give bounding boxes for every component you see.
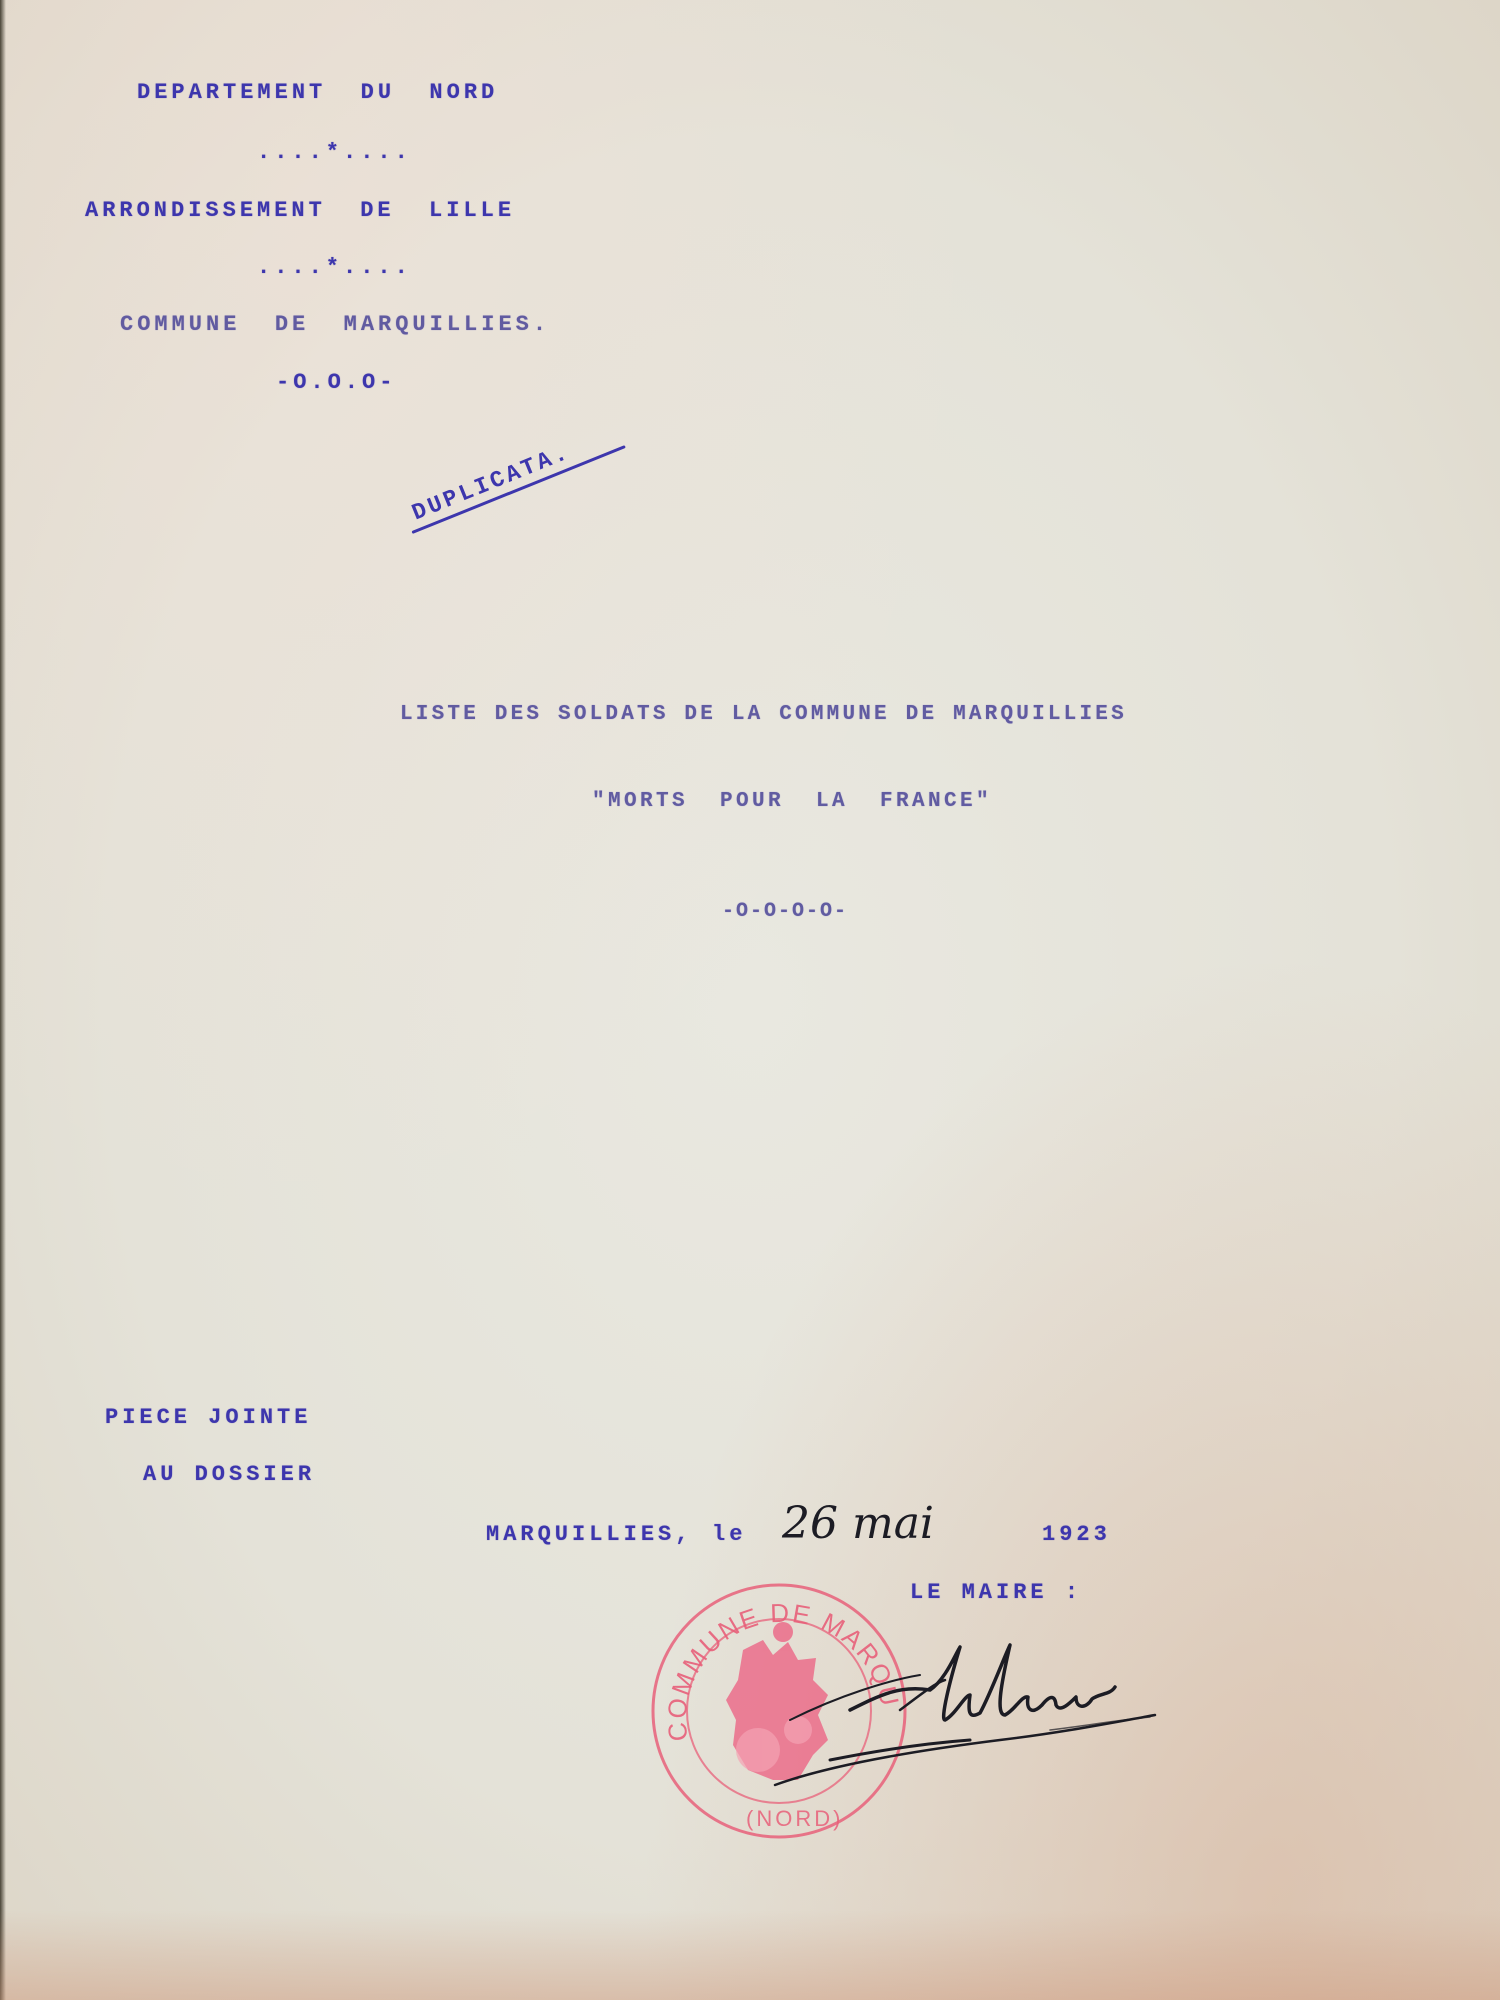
title-separator: -O-O-O-O-	[722, 900, 848, 923]
duplicata-stamp: DUPLICATA.	[408, 419, 625, 531]
dateline-place: MARQUILLIES,	[486, 1522, 692, 1547]
header-separator-2: ....*....	[257, 255, 412, 280]
handwritten-date: 26 mai	[782, 1498, 934, 1549]
duplicata-label: DUPLICATA.	[408, 439, 574, 526]
document-title: LISTE DES SOLDATS DE LA COMMUNE DE MARQU…	[400, 703, 1127, 726]
attachment-note-line-1: PIECE JOINTE	[105, 1405, 311, 1430]
svg-text:(NORD): (NORD)	[746, 1806, 843, 1831]
document-page: DEPARTEMENT DU NORD ....*.... ARRONDISSE…	[0, 0, 1500, 2000]
header-separator-1: ....*....	[257, 140, 412, 165]
commune-heading: COMMUNE DE MARQUILLIES.	[120, 312, 550, 337]
mayor-signature-icon	[770, 1625, 1170, 1795]
document-subtitle: "MORTS POUR LA FRANCE"	[592, 790, 992, 813]
arrondissement-heading: ARRONDISSEMENT DE LILLE	[85, 198, 515, 223]
mayor-title: LE MAIRE :	[910, 1580, 1082, 1605]
department-heading: DEPARTEMENT DU NORD	[137, 80, 498, 105]
dateline-article: le	[712, 1522, 746, 1547]
header-separator-3: -O.O.O-	[276, 370, 396, 395]
attachment-note-line-2: AU DOSSIER	[143, 1462, 315, 1487]
dateline-year: 1923	[1042, 1522, 1111, 1547]
